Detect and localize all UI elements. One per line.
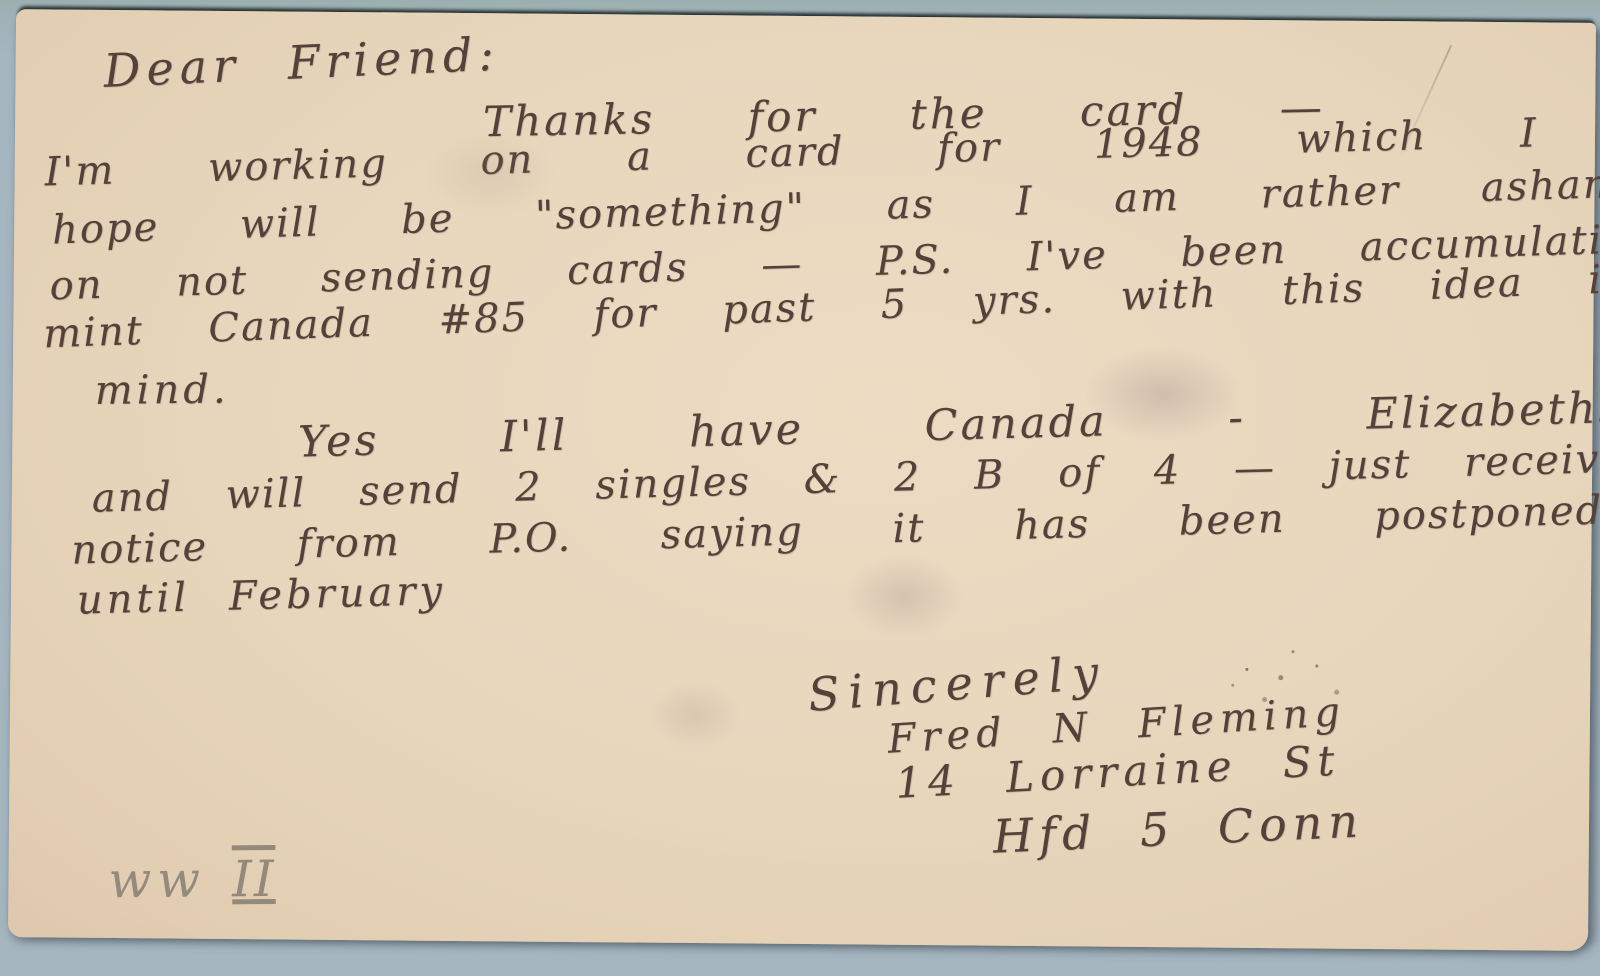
annotation-text: ww: [108, 851, 206, 910]
annotation-roman-numeral: II: [232, 850, 276, 908]
ink-speckles: [1245, 668, 1248, 671]
signature-address-city: Hfd 5 Conn: [992, 794, 1365, 864]
collector-annotation: wwII: [108, 850, 276, 909]
body-line-6: mind.: [95, 367, 230, 414]
postcard: Dear Friend: Thanks for the card — I'm w…: [8, 9, 1596, 951]
stain-smudge: [630, 665, 761, 766]
body-line-10: until February: [76, 568, 446, 624]
salutation: Dear Friend:: [102, 27, 501, 98]
scan-background: { "document": { "kind": "handwritten pos…: [0, 0, 1600, 976]
stain-smudge: [818, 536, 989, 657]
